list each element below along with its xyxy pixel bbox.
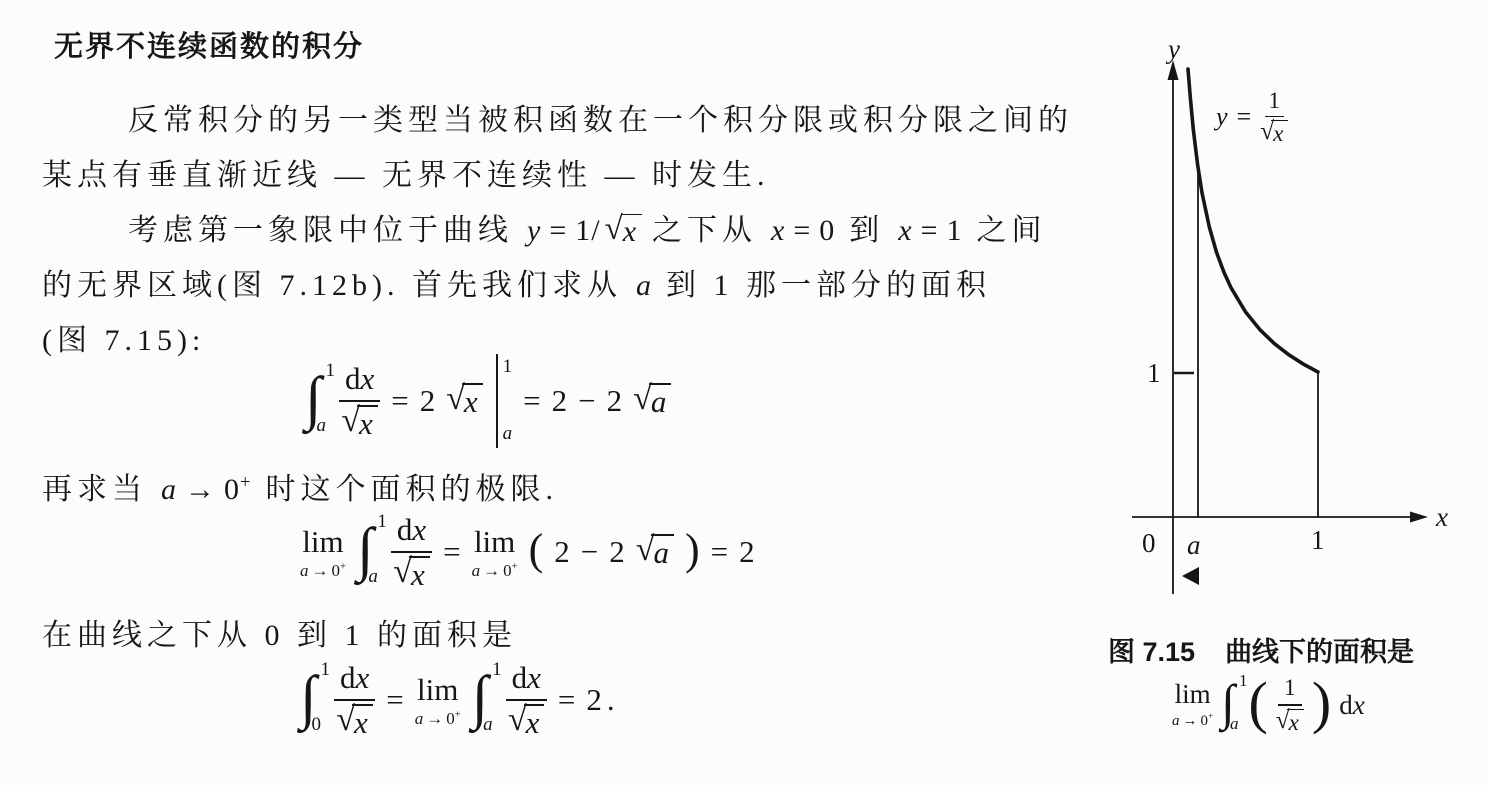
denominator-sqrt-x: √x bbox=[1276, 706, 1304, 735]
right-paren: ) bbox=[685, 528, 700, 572]
integral-a-to-1: ∫ 1 a bbox=[305, 361, 328, 441]
lower-limit: a bbox=[316, 416, 326, 435]
minus-sign: − bbox=[578, 383, 595, 419]
limit-operator: lim a→0+ bbox=[415, 674, 461, 727]
limit-subscript: a→0+ bbox=[1172, 713, 1213, 729]
lower-limit: a bbox=[503, 424, 513, 448]
number-zero: 0 bbox=[503, 561, 512, 580]
paragraph-2-line-3: (图 7.15): bbox=[42, 315, 205, 359]
figure-number: 图 7.15 bbox=[1108, 630, 1195, 669]
number-zero: 0 bbox=[1201, 713, 1209, 729]
equation-total-area: ∫ 1 0 dx √x = lim a→0+ ∫ 1 a dx √x = 2 bbox=[300, 660, 615, 740]
inline-math-x-equals-0: x=0 bbox=[767, 214, 839, 247]
equals-sign: = bbox=[523, 383, 540, 419]
math-var-a: a bbox=[1172, 714, 1180, 729]
figure-plot: y x 1 0 a 1 bbox=[1118, 22, 1487, 602]
equals-sign: = bbox=[558, 682, 575, 718]
plus-superscript: + bbox=[455, 709, 461, 720]
limit-operator: lim a→0+ bbox=[472, 526, 518, 579]
numerator-dx: dx bbox=[391, 513, 432, 553]
equals-sign: = bbox=[391, 383, 408, 419]
denominator-sqrt-x: √x bbox=[336, 701, 372, 740]
text-run: 的无界区域(图 7.12b). 首先我们求从 bbox=[42, 269, 622, 302]
arrow-left-icon bbox=[1182, 567, 1199, 585]
math-var-y: y bbox=[527, 214, 541, 247]
x-tick-label-a: a bbox=[1187, 530, 1201, 560]
fraction-dx-over-sqrt-x: dx √x bbox=[334, 661, 375, 739]
left-paren: ( bbox=[529, 528, 544, 572]
curve-equation-label: y = 1 √x bbox=[1216, 88, 1288, 146]
numerator-dx: dx bbox=[506, 661, 547, 701]
upper-limit: 1 bbox=[1239, 672, 1248, 689]
math-var-a: a bbox=[415, 710, 424, 727]
lim-word: lim bbox=[474, 526, 515, 557]
fraction-1-over-sqrt-x: 1 √x bbox=[1260, 88, 1288, 146]
plus-superscript: + bbox=[340, 561, 346, 572]
y-axis-label: y bbox=[1165, 34, 1180, 64]
number-two: 2 bbox=[554, 534, 570, 570]
zero-plus: 0+ bbox=[224, 473, 252, 506]
radical-sign: √ bbox=[393, 555, 412, 589]
text-run: 之间 bbox=[977, 214, 1047, 247]
coefficient-two: 2 bbox=[420, 383, 436, 419]
number-two: 2 bbox=[607, 383, 623, 419]
numerator-dx: dx bbox=[339, 362, 380, 402]
sqrt-x: √x bbox=[605, 214, 642, 248]
lim-word: lim bbox=[1175, 681, 1211, 708]
x-axis-arrow-icon bbox=[1410, 512, 1428, 523]
zero-plus: 0+ bbox=[1201, 713, 1214, 729]
math-var-y: y bbox=[1216, 102, 1228, 132]
upper-limit: 1 bbox=[320, 660, 330, 679]
inline-math-a-to-0-plus: a→0+ bbox=[157, 473, 256, 506]
radicand-x: x bbox=[621, 214, 642, 248]
denominator-sqrt-x: √x bbox=[1260, 117, 1288, 146]
figure-caption-text: 曲线下的面积是 bbox=[1225, 630, 1414, 669]
text-run: 到 1 那一部分的面积 bbox=[666, 269, 991, 302]
equals-sign: = bbox=[793, 214, 811, 247]
evaluation-limits: 1 a bbox=[498, 354, 513, 448]
x-tick-label-1: 1 bbox=[1311, 525, 1325, 555]
plus-superscript: + bbox=[240, 472, 252, 493]
math-var-x: x bbox=[412, 512, 426, 547]
paragraph-1-line-2: 某点有垂直渐近线 — 无界不连续性 — 时发生. bbox=[42, 150, 770, 194]
equals-sign: = bbox=[1237, 102, 1252, 132]
plus-superscript: + bbox=[1208, 712, 1213, 722]
paragraph-1-line-1: 反常积分的另一类型当被积函数在一个积分限或积分限之间的 bbox=[128, 95, 1073, 139]
integral-0-to-1: ∫ 1 0 bbox=[300, 660, 323, 740]
denominator-sqrt-x: √x bbox=[393, 553, 429, 592]
number-zero: 0 bbox=[446, 709, 455, 728]
area-sentence: 在曲线之下从 0 到 1 的面积是 bbox=[42, 610, 517, 654]
arrow-right-icon: → bbox=[312, 562, 329, 579]
figure-caption-formula: lim a→0+ ∫ 1 a ( 1 √x ) dx bbox=[1172, 672, 1365, 738]
plus-superscript: + bbox=[512, 561, 518, 572]
figure-7-15: y x 1 0 a 1 y = 1 √x bbox=[1118, 22, 1487, 602]
limit-operator: lim a→0+ bbox=[300, 526, 346, 579]
paragraph-2-line-1: 考虑第一象限中位于曲线y=1/√x之下从x=0到x=1之间 bbox=[128, 205, 1047, 249]
equals-sign: = bbox=[386, 682, 403, 718]
upper-limit: 1 bbox=[377, 512, 387, 531]
one-slash: 1/ bbox=[575, 214, 600, 247]
limit-sentence: 再求当a→0+时这个面积的极限. bbox=[42, 464, 558, 508]
differential-d: d bbox=[1339, 690, 1353, 720]
lower-limit: a bbox=[368, 567, 378, 586]
text-run: 考虑第一象限中位于曲线 bbox=[128, 214, 513, 247]
numerator-one: 1 bbox=[1278, 675, 1302, 706]
number-two: 2 bbox=[552, 383, 568, 419]
equals-sign: = bbox=[711, 534, 728, 570]
fraction-dx-over-sqrt-x: dx √x bbox=[506, 661, 547, 739]
fraction-1-over-sqrt-x: 1 √x bbox=[1276, 675, 1304, 735]
sqrt-a: √a bbox=[636, 534, 674, 570]
fraction-dx-over-sqrt-x: dx √x bbox=[339, 362, 380, 440]
differential-d: d bbox=[340, 660, 356, 695]
equation-limit-of-area: lim a→0+ ∫ 1 a dx √x = lim a→0+ ( 2 − 2 … bbox=[300, 512, 755, 592]
arrow-right-icon: → bbox=[185, 473, 216, 506]
radical-sign: √ bbox=[633, 382, 652, 416]
differential-dx: dx bbox=[1339, 690, 1364, 721]
differential-d: d bbox=[397, 512, 413, 547]
integral-a-to-1: ∫ 1 a bbox=[357, 512, 380, 592]
number-two: 2 bbox=[609, 534, 625, 570]
arrow-right-icon: → bbox=[1183, 714, 1198, 729]
integral-a-to-1: ∫ 1 a bbox=[1221, 672, 1240, 738]
radical-sign: √ bbox=[508, 703, 527, 737]
inline-math-y-equals-1-over-sqrt-x: y=1/√x bbox=[523, 214, 642, 247]
math-var-a: a bbox=[636, 269, 652, 302]
inline-math-x-equals-1: x=1 bbox=[894, 214, 966, 247]
zero-plus: 0+ bbox=[446, 710, 460, 727]
radical-sign: √ bbox=[446, 382, 465, 416]
radical-sign: √ bbox=[1260, 119, 1274, 144]
paragraph-2-line-2: 的无界区域(图 7.12b). 首先我们求从a到 1 那一部分的面积 bbox=[42, 260, 991, 304]
text-run: 再求当 bbox=[42, 473, 147, 506]
number-zero: 0 bbox=[332, 561, 341, 580]
denominator-sqrt-x: √x bbox=[341, 402, 377, 441]
number-one: 1 bbox=[947, 214, 963, 247]
evaluation-bar-a-to-1: 1 a bbox=[496, 354, 513, 448]
radical-sign: √ bbox=[341, 404, 360, 438]
upper-limit: 1 bbox=[492, 660, 502, 679]
lower-limit: 0 bbox=[311, 715, 321, 734]
lower-limit: a bbox=[1230, 715, 1239, 732]
limit-subscript: a→0+ bbox=[415, 710, 461, 727]
text-run: 到 bbox=[849, 214, 884, 247]
lim-word: lim bbox=[302, 526, 343, 557]
arrow-right-icon: → bbox=[483, 562, 500, 579]
numerator-one: 1 bbox=[1265, 88, 1285, 117]
textbook-page: 无界不连续函数的积分 反常积分的另一类型当被积函数在一个积分限或积分限之间的 某… bbox=[0, 0, 1487, 785]
left-paren: ( bbox=[1248, 674, 1267, 732]
math-var-x: x bbox=[898, 214, 912, 247]
zero-plus: 0+ bbox=[332, 562, 346, 579]
differential-d: d bbox=[345, 361, 361, 396]
lower-limit: a bbox=[483, 715, 493, 734]
inline-math-a: a bbox=[632, 269, 656, 302]
integral-a-to-1: ∫ 1 a bbox=[472, 660, 495, 740]
x-axis-label: x bbox=[1435, 502, 1448, 532]
number-zero: 0 bbox=[224, 473, 240, 506]
radicand-a: a bbox=[651, 534, 674, 570]
radicand-a: a bbox=[649, 383, 672, 419]
math-var-a: a bbox=[161, 473, 177, 506]
fraction-dx-over-sqrt-x: dx √x bbox=[391, 513, 432, 591]
equals-sign: = bbox=[443, 534, 460, 570]
math-var-a: a bbox=[472, 562, 481, 579]
right-paren: ) bbox=[1312, 674, 1331, 732]
zero-plus: 0+ bbox=[503, 562, 517, 579]
radical-sign: √ bbox=[605, 213, 624, 246]
text-run: 之下从 bbox=[652, 214, 757, 247]
math-var-x: x bbox=[1353, 690, 1365, 720]
equals-sign: = bbox=[549, 214, 567, 247]
section-heading: 无界不连续函数的积分 bbox=[54, 24, 364, 65]
sqrt-x: √x bbox=[446, 383, 482, 419]
numerator-dx: dx bbox=[334, 661, 375, 701]
differential-d: d bbox=[512, 660, 528, 695]
number-two: 2 bbox=[586, 682, 602, 718]
radical-sign: √ bbox=[336, 703, 355, 737]
minus-sign: − bbox=[581, 534, 598, 570]
upper-limit: 1 bbox=[503, 354, 513, 376]
figure-caption: 图 7.15 曲线下的面积是 bbox=[1108, 630, 1414, 669]
math-var-x: x bbox=[771, 214, 785, 247]
number-two: 2 bbox=[739, 534, 755, 570]
origin-label: 0 bbox=[1142, 528, 1156, 558]
denominator-sqrt-x: √x bbox=[508, 701, 544, 740]
limit-operator: lim a→0+ bbox=[1172, 681, 1213, 729]
limit-subscript: a→0+ bbox=[300, 562, 346, 579]
equation-area-from-a-to-1: ∫ 1 a dx √x = 2 √x 1 a = 2 − 2 √a bbox=[305, 354, 671, 448]
y-tick-label-1: 1 bbox=[1147, 358, 1161, 388]
math-var-x: x bbox=[360, 361, 374, 396]
math-var-x: x bbox=[355, 660, 369, 695]
arrow-right-icon: → bbox=[426, 710, 443, 727]
limit-subscript: a→0+ bbox=[472, 562, 518, 579]
number-zero: 0 bbox=[819, 214, 835, 247]
math-var-x: x bbox=[527, 660, 541, 695]
text-run: 时这个面积的极限. bbox=[266, 473, 559, 506]
equals-sign: = bbox=[921, 214, 939, 247]
math-var-a: a bbox=[300, 562, 309, 579]
radical-sign: √ bbox=[636, 533, 655, 567]
upper-limit: 1 bbox=[325, 361, 335, 380]
lim-word: lim bbox=[417, 674, 458, 705]
radical-sign: √ bbox=[1276, 708, 1290, 733]
period: . bbox=[607, 682, 615, 718]
sqrt-a: √a bbox=[633, 383, 671, 419]
